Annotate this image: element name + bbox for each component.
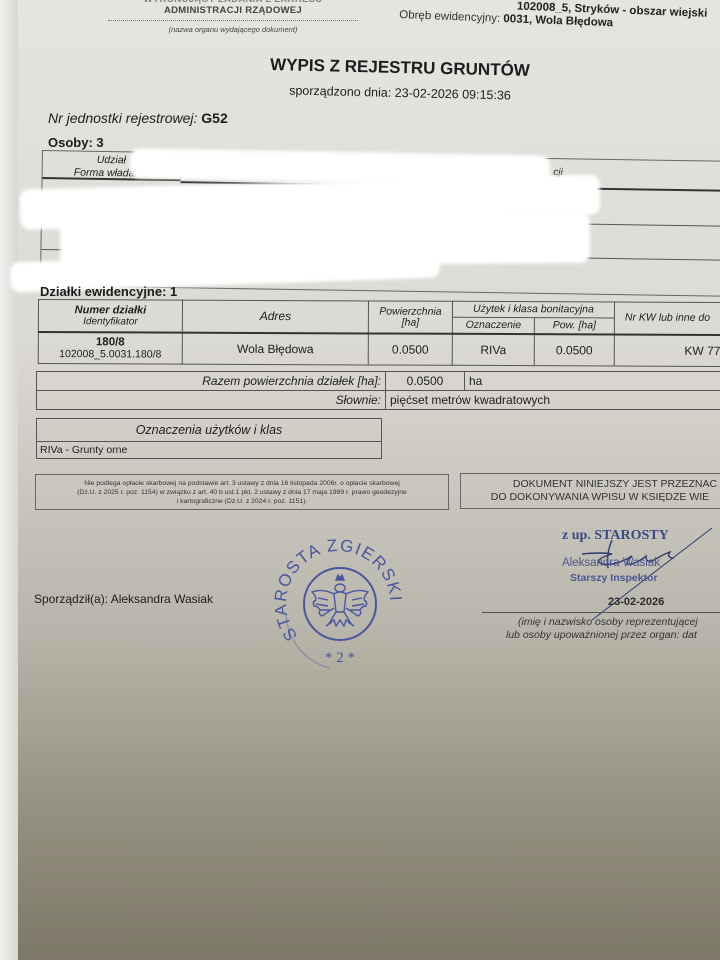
plot-designation: RIVa [452,334,534,366]
signature-date: 23-02-2026 [608,596,664,608]
signature-line [482,612,720,613]
totals-table: Razem powierzchnia działek [ha]: 0.0500 … [36,371,720,410]
signature-caption-line-1: (imię i nazwisko osoby reprezentującej [506,616,698,629]
total-words-row: Słownie: pięćset metrów kwadratowych [37,391,720,410]
plot-number-header: Numer działki [75,304,147,316]
signature-caption: (imię i nazwisko osoby reprezentującej l… [506,616,698,642]
document-title: WYPIS Z REJESTRU GRUNTÓW [240,54,560,81]
svg-text:STAROSTA ZGIERSKI: STAROSTA ZGIERSKI [271,536,405,644]
official-seal-stamp: STAROSTA ZGIERSKI * 2 * [270,536,410,676]
header-class-area: Pow. [ha] [534,318,614,335]
signer-name: Aleksandra Wasiak [562,557,660,569]
signature-block: z up. STAROSTY Aleksandra Wasiak Starszy… [482,524,720,654]
legend-item: RIVa - Grunty orne [37,442,382,459]
header-land-use: Użytek i klasa bonitacyjna [452,301,614,318]
total-area-unit: ha [465,372,720,391]
prepared-by: Sporządził(a): Aleksandra Wasiak [34,592,213,606]
header-plot-number: Numer działki Identyfikator [38,300,182,333]
notice-line-1: DOKUMENT NINIEJSZY JEST PRZEZNAC [461,478,720,491]
total-area-row: Razem powierzchnia działek [ha]: 0.0500 … [37,372,720,391]
plot-kw: KW 7790 [614,335,720,367]
unit-label: Nr jednostki rejestrowej: [48,110,197,126]
document-created-date: sporządzono dnia: 23-02-2026 09:15:36 [240,82,560,103]
fee-note-line-1: Nie podlega opłacie skarbowej na podstaw… [36,479,448,488]
notice-line-2: DO DOKONYWANIA WPISU W KSIĘDZE WIE [461,491,720,504]
signer-role: Starszy Inspektor [570,572,658,584]
total-words-value: pięćset metrów kwadratowych [386,391,720,410]
photo-edge-background [0,0,18,960]
unit-number: Nr jednostki rejestrowej: G52 [48,110,228,126]
total-words-label: Słownie: [37,391,386,410]
table-row: 180/8 102008_5.0031.180/8 Wola Błędowa 0… [38,332,720,367]
plots-count: Działki ewidencyjne: 1 [40,284,177,299]
registry-location: Jednostka ewidencyjna: 102008_5, Stryków… [399,0,708,34]
plot-area: 0.0500 [368,333,452,365]
signature-caption-line-2: lub osoby upoważnionej przez organ: dat [506,629,698,642]
fee-note-line-2: (Dz.U. z 2025 r. poz. 1154) w związku z … [36,488,448,497]
header-address: Adres [182,300,368,333]
svg-text:* 2 *: * 2 * [325,650,355,666]
total-area-label: Razem powierzchnia działek [ha]: [37,372,386,391]
purpose-notice: DOKUMENT NINIEJSZY JEST PRZEZNAC DO DOKO… [460,473,720,509]
issuer-caption: (nazwa organu wydającego dokument) [108,25,358,34]
land-use-legend: Oznaczenia użytków i klas RIVa - Grunty … [36,418,382,459]
legend-header: Oznaczenia użytków i klas [37,419,382,442]
plot-identifier: 102008_5.0031.180/8 [42,348,179,361]
identifier-header: Identyfikator [83,316,138,327]
issuer-line-2: ADMINISTRACJI RZĄDOWEJ [108,5,358,16]
fee-exemption-note: Nie podlega opłacie skarbowej na podstaw… [35,474,449,510]
obreb-label: Obręb ewidencyjny: [399,9,500,25]
issuer-dotted-line [108,20,358,21]
header-area: Powierzchnia [ha] [368,301,452,334]
total-area-value: 0.0500 [386,372,465,391]
header-designation: Oznaczenie [452,317,534,334]
plot-number-cell: 180/8 102008_5.0031.180/8 [38,332,182,364]
unit-value: G52 [201,110,227,126]
header-kw: Nr KW lub inne do [614,302,720,335]
fee-note-line-3: i kartograficzne (Dz.U. z 2024 r. poz. 1… [36,497,448,506]
issuer-block: WYKONUJĄCY ZADANIA Z ZAKRESU ADMINISTRAC… [108,0,358,16]
issuer-line-1: WYKONUJĄCY ZADANIA Z ZAKRESU [108,0,358,5]
area-unit-header: [ha] [402,316,420,328]
plot-number: 180/8 [42,336,179,349]
plot-address: Wola Błędowa [182,333,368,365]
plot-class-area: 0.0500 [534,334,614,366]
plots-table: Numer działki Identyfikator Adres Powier… [38,299,720,367]
owners-count: Osoby: 3 [48,135,104,150]
eagle-emblem-icon [312,575,368,626]
